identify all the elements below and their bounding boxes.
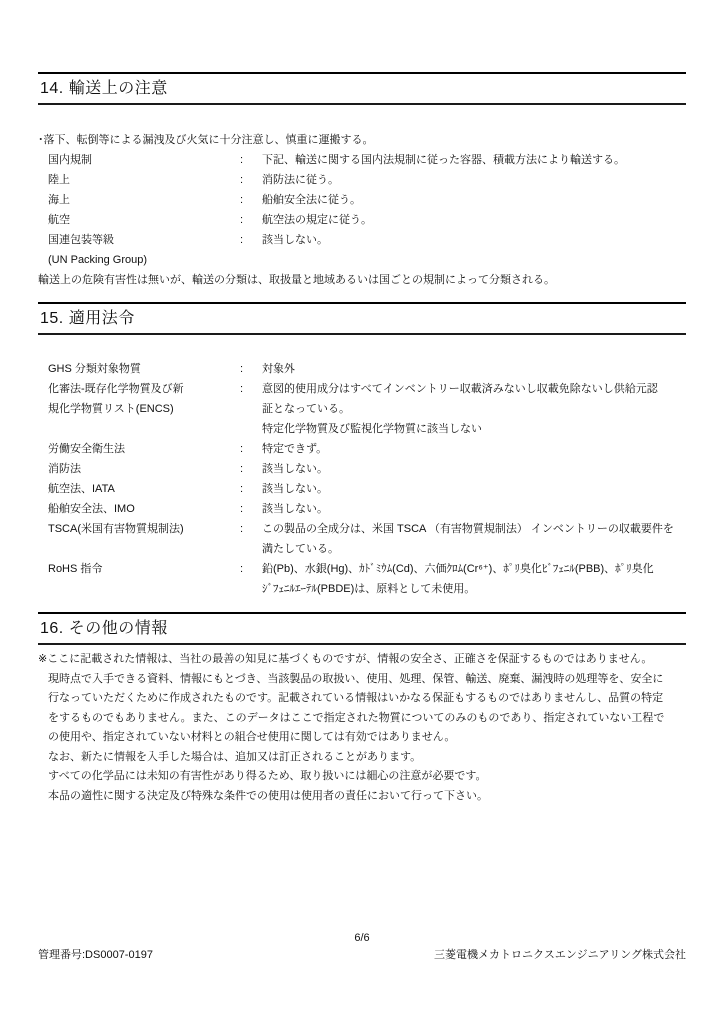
tsca-row: TSCA(米国有害物質規制法) : この製品の全成分は、米国 TSCA （有害物… xyxy=(38,519,686,559)
document-control-number: 管理番号:DS0007-0197 xyxy=(38,949,153,962)
row-colon: : xyxy=(240,439,262,459)
row-colon: : xyxy=(240,190,262,210)
row-label: 国内規制 xyxy=(38,150,240,170)
row-value: 該当しない。 xyxy=(262,230,686,250)
row-label: 海上 xyxy=(38,190,240,210)
industrial-safety-health-law-row: 労働安全衛生法 : 特定できず。 xyxy=(38,439,686,459)
section-other-information: 16. その他の情報 ※ここに記載された情報は、当社の最善の知見に基づくものです… xyxy=(38,612,686,806)
row-value: 鉛(Pb)、水銀(Hg)、ｶﾄﾞﾐｳﾑ(Cd)、六価ｸﾛﾑ(Cr⁶⁺)、ﾎﾟﾘ臭… xyxy=(262,559,686,599)
rohs-directive-row: RoHS 指令 : 鉛(Pb)、水銀(Hg)、ｶﾄﾞﾐｳﾑ(Cd)、六価ｸﾛﾑ(… xyxy=(38,559,686,599)
row-label: GHS 分類対象物質 xyxy=(38,359,240,379)
air-transport-row: 航空 : 航空法の規定に従う。 xyxy=(38,210,686,230)
row-label: 船舶安全法、IMO xyxy=(38,499,240,519)
row-value: 対象外 xyxy=(262,359,686,379)
ghs-classification-row: GHS 分類対象物質 : 対象外 xyxy=(38,359,686,379)
row-colon: : xyxy=(240,170,262,190)
row-colon: : xyxy=(240,459,262,479)
row-label: 消防法 xyxy=(38,459,240,479)
row-colon: : xyxy=(240,559,262,579)
row-value: 該当しない。 xyxy=(262,459,686,479)
disclaimer-text: ※ここに記載された情報は、当社の最善の知見に基づくものですが、情報の安全さ、正確… xyxy=(38,650,686,806)
section-14-title: 14. 輸送上の注意 xyxy=(38,72,686,105)
transport-regulation-table: 国内規制 : 下記、輸送に関する国内法規制に従った容器、積載方法により輸送する。… xyxy=(38,150,686,270)
row-value: 該当しない。 xyxy=(262,499,686,519)
row-value: 意図的使用成分はすべてインベントリー収載済みないし収載免除ないし供給元認 証とな… xyxy=(262,379,686,439)
aviation-law-iata-row: 航空法、IATA : 該当しない。 xyxy=(38,479,686,499)
row-value: 該当しない。 xyxy=(262,479,686,499)
row-colon: : xyxy=(240,210,262,230)
transport-classification-note: 輸送上の危険有害性は無いが、輸送の分類は、取扱量と地域あるいは国ごとの規制によっ… xyxy=(38,270,686,290)
fire-service-law-row: 消防法 : 該当しない。 xyxy=(38,459,686,479)
row-label: (UN Packing Group) xyxy=(38,250,240,270)
encs-law-row: 化審法-既存化学物質及び新 規化学物質リスト(ENCS) : 意図的使用成分はす… xyxy=(38,379,686,439)
row-value: 航空法の規定に従う。 xyxy=(262,210,686,230)
row-value: 特定できず。 xyxy=(262,439,686,459)
row-colon: : xyxy=(240,479,262,499)
transport-intro-note: ･落下、転倒等による漏洩及び火気に十分注意し、慎重に運搬する。 xyxy=(38,130,686,150)
row-value: 消防法に従う。 xyxy=(262,170,686,190)
sea-transport-row: 海上 : 船舶安全法に従う。 xyxy=(38,190,686,210)
row-colon: : xyxy=(240,150,262,170)
page-footer: 6/6 管理番号:DS0007-0197 三菱電機メカトロニクスエンジニアリング… xyxy=(38,932,686,962)
page-number: 6/6 xyxy=(38,932,686,945)
row-label: 航空法、IATA xyxy=(38,479,240,499)
section-16-title: 16. その他の情報 xyxy=(38,612,686,645)
row-label: TSCA(米国有害物質規制法) xyxy=(38,519,240,539)
row-label: 陸上 xyxy=(38,170,240,190)
row-label: 化審法-既存化学物質及び新 規化学物質リスト(ENCS) xyxy=(38,379,240,419)
un-packing-group-row: 国連包装等級 : 該当しない。 xyxy=(38,230,686,250)
footer-row: 管理番号:DS0007-0197 三菱電機メカトロニクスエンジニアリング株式会社 xyxy=(38,949,686,962)
section-15-title: 15. 適用法令 xyxy=(38,302,686,335)
row-colon: : xyxy=(240,379,262,399)
ship-safety-law-imo-row: 船舶安全法、IMO : 該当しない。 xyxy=(38,499,686,519)
section-applicable-laws: 15. 適用法令 GHS 分類対象物質 : 対象外 化審法-既存化学物質及び新 … xyxy=(38,302,686,599)
section-transport-precautions: 14. 輸送上の注意 ･落下、転倒等による漏洩及び火気に十分注意し、慎重に運搬す… xyxy=(38,72,686,290)
row-label: 労働安全衛生法 xyxy=(38,439,240,459)
company-name: 三菱電機メカトロニクスエンジニアリング株式会社 xyxy=(434,949,686,962)
sds-document-page: 14. 輸送上の注意 ･落下、転倒等による漏洩及び火気に十分注意し、慎重に運搬す… xyxy=(0,0,724,1024)
row-label: 国連包装等級 xyxy=(38,230,240,250)
row-value: 下記、輸送に関する国内法規制に従った容器、積載方法により輸送する。 xyxy=(262,150,686,170)
row-value: この製品の全成分は、米国 TSCA （有害物質規制法） インベントリーの収載要件… xyxy=(262,519,686,559)
land-transport-row: 陸上 : 消防法に従う。 xyxy=(38,170,686,190)
row-colon: : xyxy=(240,519,262,539)
row-colon: : xyxy=(240,359,262,379)
applicable-laws-table: GHS 分類対象物質 : 対象外 化審法-既存化学物質及び新 規化学物質リスト(… xyxy=(38,359,686,599)
un-packing-group-english-row: (UN Packing Group) xyxy=(38,250,686,270)
row-label: RoHS 指令 xyxy=(38,559,240,579)
row-value: 船舶安全法に従う。 xyxy=(262,190,686,210)
row-colon: : xyxy=(240,499,262,519)
row-colon: : xyxy=(240,230,262,250)
row-label: 航空 xyxy=(38,210,240,230)
domestic-regulation-row: 国内規制 : 下記、輸送に関する国内法規制に従った容器、積載方法により輸送する。 xyxy=(38,150,686,170)
